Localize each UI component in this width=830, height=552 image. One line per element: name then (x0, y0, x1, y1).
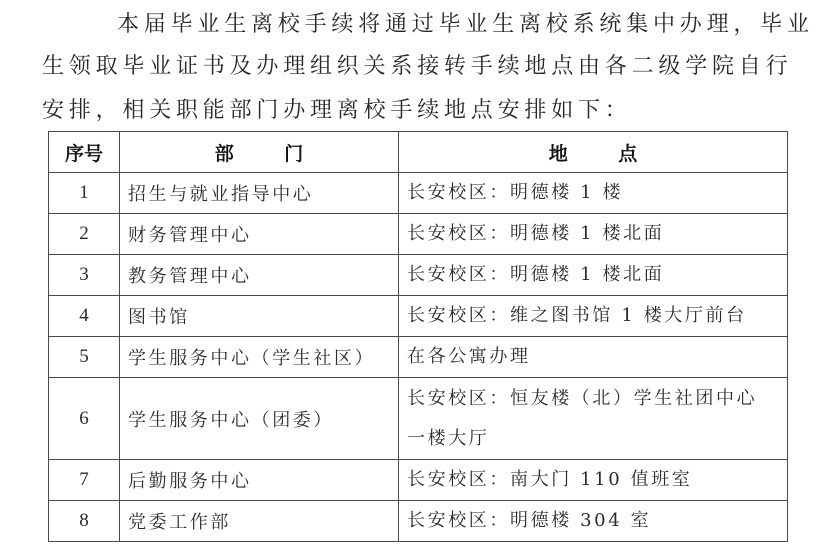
location-line: 在各公寓办理 (407, 337, 787, 377)
table-row: 1 招生与就业指导中心 长安校区：明德楼 1 楼 (49, 173, 788, 214)
location-line: 长安校区：明德楼 1 楼 (407, 173, 787, 213)
row-no: 3 (49, 255, 120, 296)
intro-line-3: 安排，相关职能部门办理离校手续地点安排如下： (42, 98, 632, 124)
row-department: 后勤服务中心 (120, 460, 399, 501)
table-row: 5 学生服务中心（学生社区） 在各公寓办理 (49, 337, 788, 378)
intro-line-2: 生领取毕业证书及办理组织关系接转手续地点由各二级学院自行 (42, 54, 792, 80)
header-location: 地 点 (399, 132, 788, 173)
row-location: 长安校区：明德楼 1 楼 (399, 173, 788, 214)
row-no: 4 (49, 296, 120, 337)
location-line: 长安校区：明德楼 1 楼北面 (407, 214, 787, 254)
row-no: 8 (49, 501, 120, 542)
location-line: 长安校区：维之图书馆 1 楼大厅前台 (407, 296, 787, 336)
row-location: 长安校区：明德楼 1 楼北面 (399, 255, 788, 296)
intro-line-1: 本届毕业生离校手续将通过毕业生离校系统集中办理，毕业 (117, 12, 814, 38)
row-location: 长安校区：明德楼 304 室 (399, 501, 788, 542)
row-department: 教务管理中心 (120, 255, 399, 296)
location-line: 长安校区：明德楼 304 室 (407, 501, 787, 541)
row-location: 长安校区：明德楼 1 楼北面 (399, 214, 788, 255)
row-no: 6 (49, 378, 120, 460)
row-department: 学生服务中心（团委） (120, 378, 399, 460)
location-line: 长安校区：明德楼 1 楼北面 (407, 255, 787, 295)
table-row: 4 图书馆 长安校区：维之图书馆 1 楼大厅前台 (49, 296, 788, 337)
row-no: 1 (49, 173, 120, 214)
location-line: 长安校区：南大门 110 值班室 (407, 460, 787, 500)
row-department: 招生与就业指导中心 (120, 173, 399, 214)
header-no: 序号 (49, 132, 120, 173)
location-line: 长安校区：恒友楼（北）学生社团中心 (407, 379, 787, 419)
row-location: 长安校区：南大门 110 值班室 (399, 460, 788, 501)
row-no: 2 (49, 214, 120, 255)
table-row: 8 党委工作部 长安校区：明德楼 304 室 (49, 501, 788, 542)
row-location: 长安校区：维之图书馆 1 楼大厅前台 (399, 296, 788, 337)
row-department: 财务管理中心 (120, 214, 399, 255)
header-department: 部 门 (120, 132, 399, 173)
row-no: 5 (49, 337, 120, 378)
row-location: 在各公寓办理 (399, 337, 788, 378)
row-department: 图书馆 (120, 296, 399, 337)
row-no: 7 (49, 460, 120, 501)
table-row: 6 学生服务中心（团委） 长安校区：恒友楼（北）学生社团中心 一楼大厅 (49, 378, 788, 460)
row-department: 党委工作部 (120, 501, 399, 542)
departure-locations-table: 序号 部 门 地 点 1 招生与就业指导中心 长安校区：明德楼 1 楼 2 财务… (48, 131, 788, 542)
table-header-row: 序号 部 门 地 点 (49, 132, 788, 173)
row-department: 学生服务中心（学生社区） (120, 337, 399, 378)
table-row: 3 教务管理中心 长安校区：明德楼 1 楼北面 (49, 255, 788, 296)
table-row: 7 后勤服务中心 长安校区：南大门 110 值班室 (49, 460, 788, 501)
location-line: 一楼大厅 (407, 419, 787, 459)
row-location: 长安校区：恒友楼（北）学生社团中心 一楼大厅 (399, 378, 788, 460)
table-row: 2 财务管理中心 长安校区：明德楼 1 楼北面 (49, 214, 788, 255)
